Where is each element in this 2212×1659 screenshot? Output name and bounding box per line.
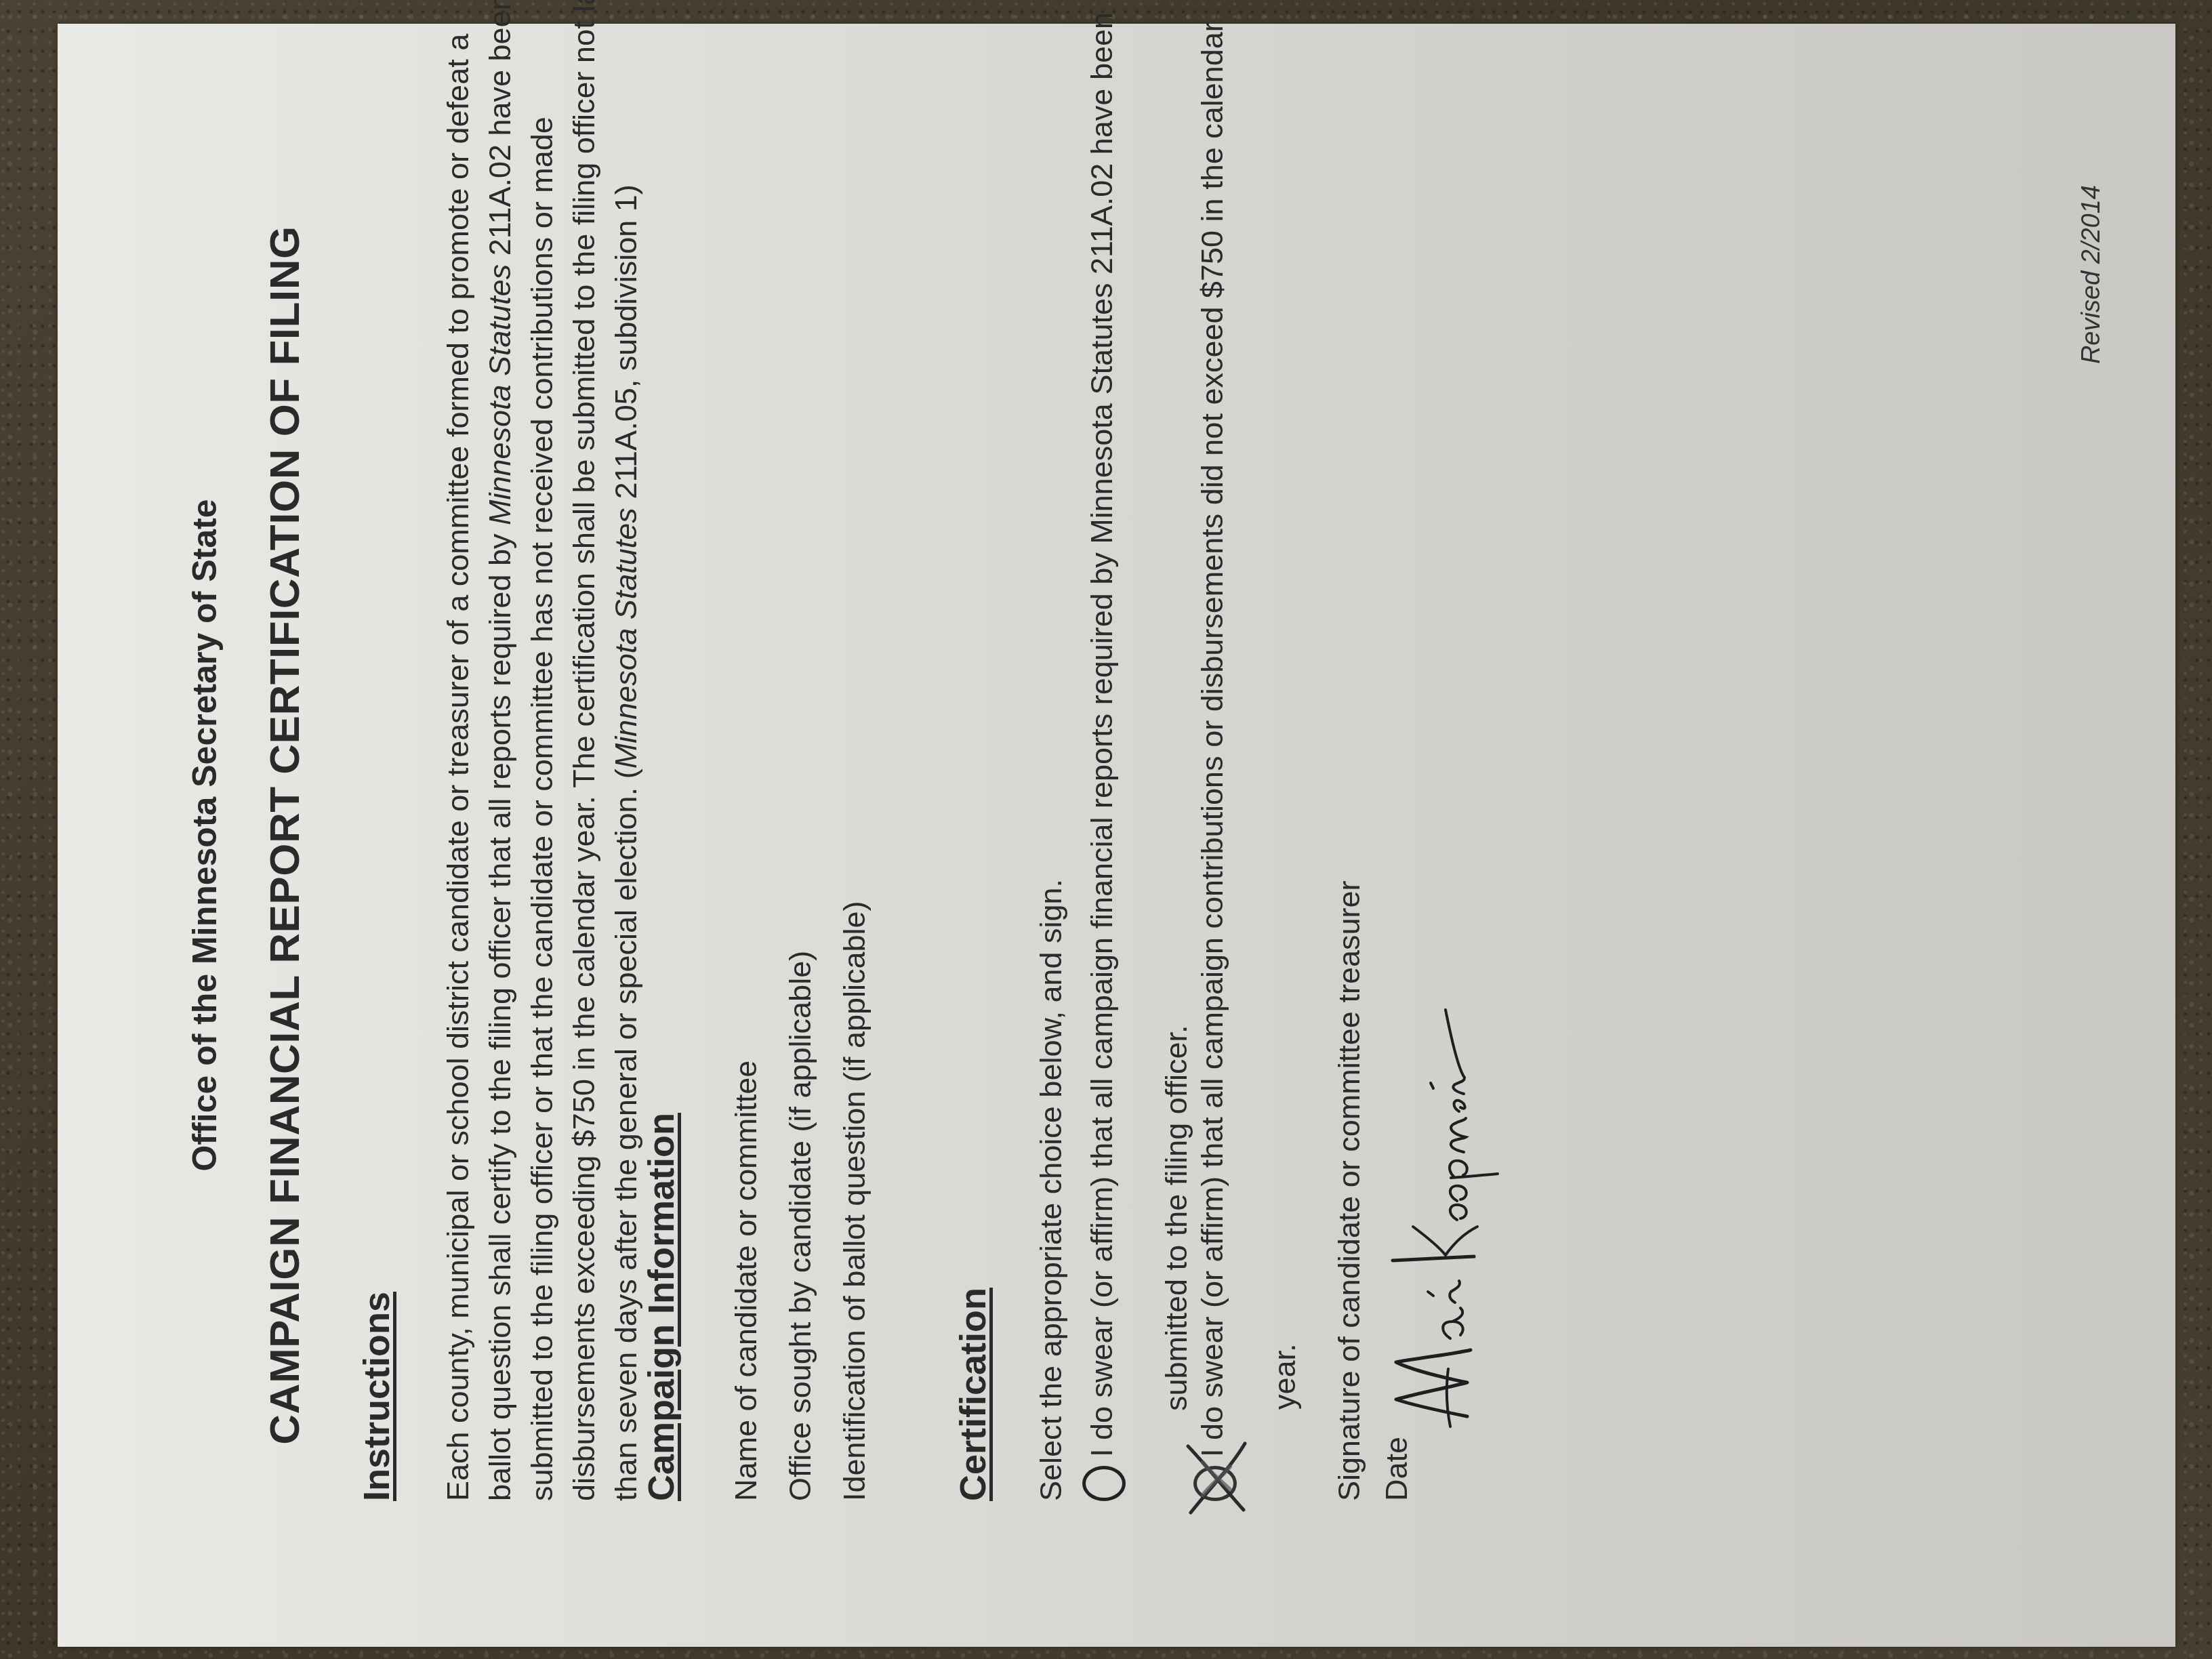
instructions-line: Each county, municipal or school distric… <box>437 146 479 1501</box>
instructions-line: submitted to the filing officer or that … <box>521 146 563 1501</box>
office-header: Office of the Minnesota Secretary of Sta… <box>185 24 224 1647</box>
handwritten-signature[interactable] <box>1332 956 1508 1430</box>
ballot-question-field[interactable]: Identification of ballot question (if ap… <box>837 901 872 1501</box>
instructions-paragraph: Each county, municipal or school distric… <box>437 146 647 1501</box>
option-2-text-continued: year. <box>1267 1343 1303 1410</box>
option-2-text: I do swear (or affirm) that all campaign… <box>1195 22 1230 1457</box>
instructions-line: disbursements exceeding $750 in the cale… <box>563 146 605 1501</box>
date-field[interactable]: Date <box>1379 1437 1414 1501</box>
option-1-text: I do swear (or affirm) that all campaign… <box>1084 12 1120 1457</box>
instructions-line: ballot question shall certify to the fil… <box>479 146 521 1501</box>
office-sought-field[interactable]: Office sought by candidate (if applicabl… <box>783 951 818 1501</box>
revision-note: Revised 2/2014 <box>2077 185 2106 364</box>
instructions-heading: Instructions <box>356 1292 398 1501</box>
option-1-text-continued: submitted to the filing officer. <box>1159 1025 1194 1412</box>
certification-heading: Certification <box>952 1288 994 1501</box>
option-1-radio[interactable] <box>1082 1466 1126 1501</box>
certification-prompt: Select the appropriate choice below, and… <box>1033 879 1069 1501</box>
campaign-information-heading: Campaign Information <box>640 1113 682 1501</box>
name-of-candidate-field[interactable]: Name of candidate or committee <box>729 1061 764 1501</box>
form-title: CAMPAIGN FINANCIAL REPORT CERTIFICATION … <box>261 24 309 1647</box>
photo-frame: Office of the Minnesota Secretary of Sta… <box>58 24 2175 1647</box>
paper-form: Office of the Minnesota Secretary of Sta… <box>58 24 2175 1647</box>
